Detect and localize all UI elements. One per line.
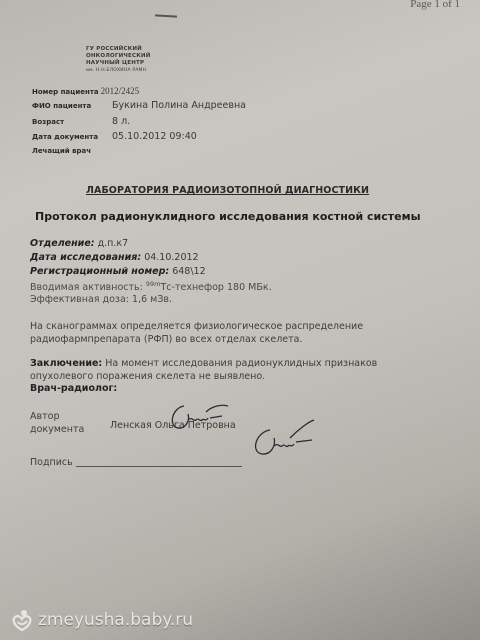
signature-mark-2 (240, 416, 320, 460)
author-name: Ленская Ольга Петровна (110, 420, 236, 431)
patient-name-row: ФИО пациента Букина Полина Андреевна (32, 100, 246, 111)
department-field: Отделение: д.п.к7 (30, 238, 128, 249)
registration-number-value: 648\12 (172, 266, 205, 277)
author-label-line-2: документа (30, 423, 84, 436)
org-line-2: ОНКОЛОГИЧЕСКИЙ (86, 53, 151, 60)
conclusion-label: Заключение: (30, 358, 102, 369)
activity-label: Вводимая активность: (30, 282, 143, 293)
effective-dose-label: Эффективная доза: (30, 294, 129, 305)
document-date-row: Дата документа 05.10.2012 09:40 (32, 131, 197, 142)
org-subline: им. Н.Н.БЛОХИНА РАМН (86, 67, 151, 74)
registration-number-field: Регистрационный номер: 648\12 (30, 266, 206, 277)
study-date-field: Дата исследования: 04.10.2012 (30, 252, 199, 263)
patient-number-row: Номер пациента 2012/2425 (32, 86, 139, 96)
study-date-label: Дата исследования: (30, 252, 141, 263)
radiologist-label: Врач-радиолог: (30, 383, 117, 394)
findings-line-1: На сканограммах определяется физиологиче… (30, 321, 363, 334)
attending-doctor-row: Лечащий врач (32, 147, 112, 155)
activity-field: Вводимая активность: 99mТс-технефор 180 … (30, 280, 272, 293)
attending-doctor-label: Лечащий врач (32, 147, 112, 155)
effective-dose-field: Эффективная доза: 1,6 мЗв. (30, 294, 172, 305)
conclusion-block: Заключение: На момент исследования радио… (30, 358, 377, 396)
patient-age-value: 8 л. (112, 116, 130, 127)
patient-age-label: Возраст (32, 118, 112, 126)
page-indicator: Page 1 of 1 (410, 0, 460, 10)
signature-label: Подпись (30, 457, 73, 468)
registration-number-label: Регистрационный номер: (30, 266, 169, 277)
pen-mark (155, 14, 177, 17)
watermark: zmeyusha.baby.ru (10, 608, 193, 632)
department-value: д.п.к7 (98, 238, 129, 249)
baby-logo-icon (10, 608, 34, 632)
organization-logo-text: ГУ РОССИЙСКИЙ ОНКОЛОГИЧЕСКИЙ НАУЧНЫЙ ЦЕН… (86, 46, 151, 74)
effective-dose-value: 1,6 мЗв. (132, 294, 172, 305)
watermark-text: zmeyusha.baby.ru (38, 610, 193, 630)
findings-line-2: радиофармпрепарата (РФП) во всех отделах… (30, 334, 363, 347)
findings-text: На сканограммах определяется физиологиче… (30, 321, 363, 346)
author-label-line-1: Автор (30, 410, 84, 423)
org-line-3: НАУЧНЫЙ ЦЕНТР (86, 60, 151, 67)
patient-name-value: Букина Полина Андреевна (112, 100, 246, 111)
department-label: Отделение: (30, 238, 95, 249)
document-date-value: 05.10.2012 09:40 (112, 131, 197, 142)
author-label: Автор документа (30, 410, 84, 436)
patient-age-row: Возраст 8 л. (32, 116, 130, 127)
conclusion-line-2: опухолевого поражения скелета не выявлен… (30, 371, 377, 384)
isotope-superscript: 99m (146, 280, 161, 288)
patient-number-label: Номер пациента (32, 88, 99, 96)
signature-line (76, 466, 242, 467)
lab-title: ЛАБОРАТОРИЯ РАДИОИЗОТОПНОЙ ДИАГНОСТИКИ (86, 185, 369, 196)
patient-number-value: 2012/2425 (101, 86, 140, 96)
patient-name-label: ФИО пациента (32, 102, 112, 110)
org-line-1: ГУ РОССИЙСКИЙ (86, 46, 151, 53)
conclusion-line-1: На момент исследования радионуклидных пр… (105, 358, 377, 369)
activity-value: Тс-технефор 180 МБк. (160, 282, 271, 293)
study-date-value: 04.10.2012 (144, 252, 198, 263)
document-date-label: Дата документа (32, 133, 112, 141)
protocol-title: Протокол радионуклидного исследования ко… (35, 210, 421, 223)
